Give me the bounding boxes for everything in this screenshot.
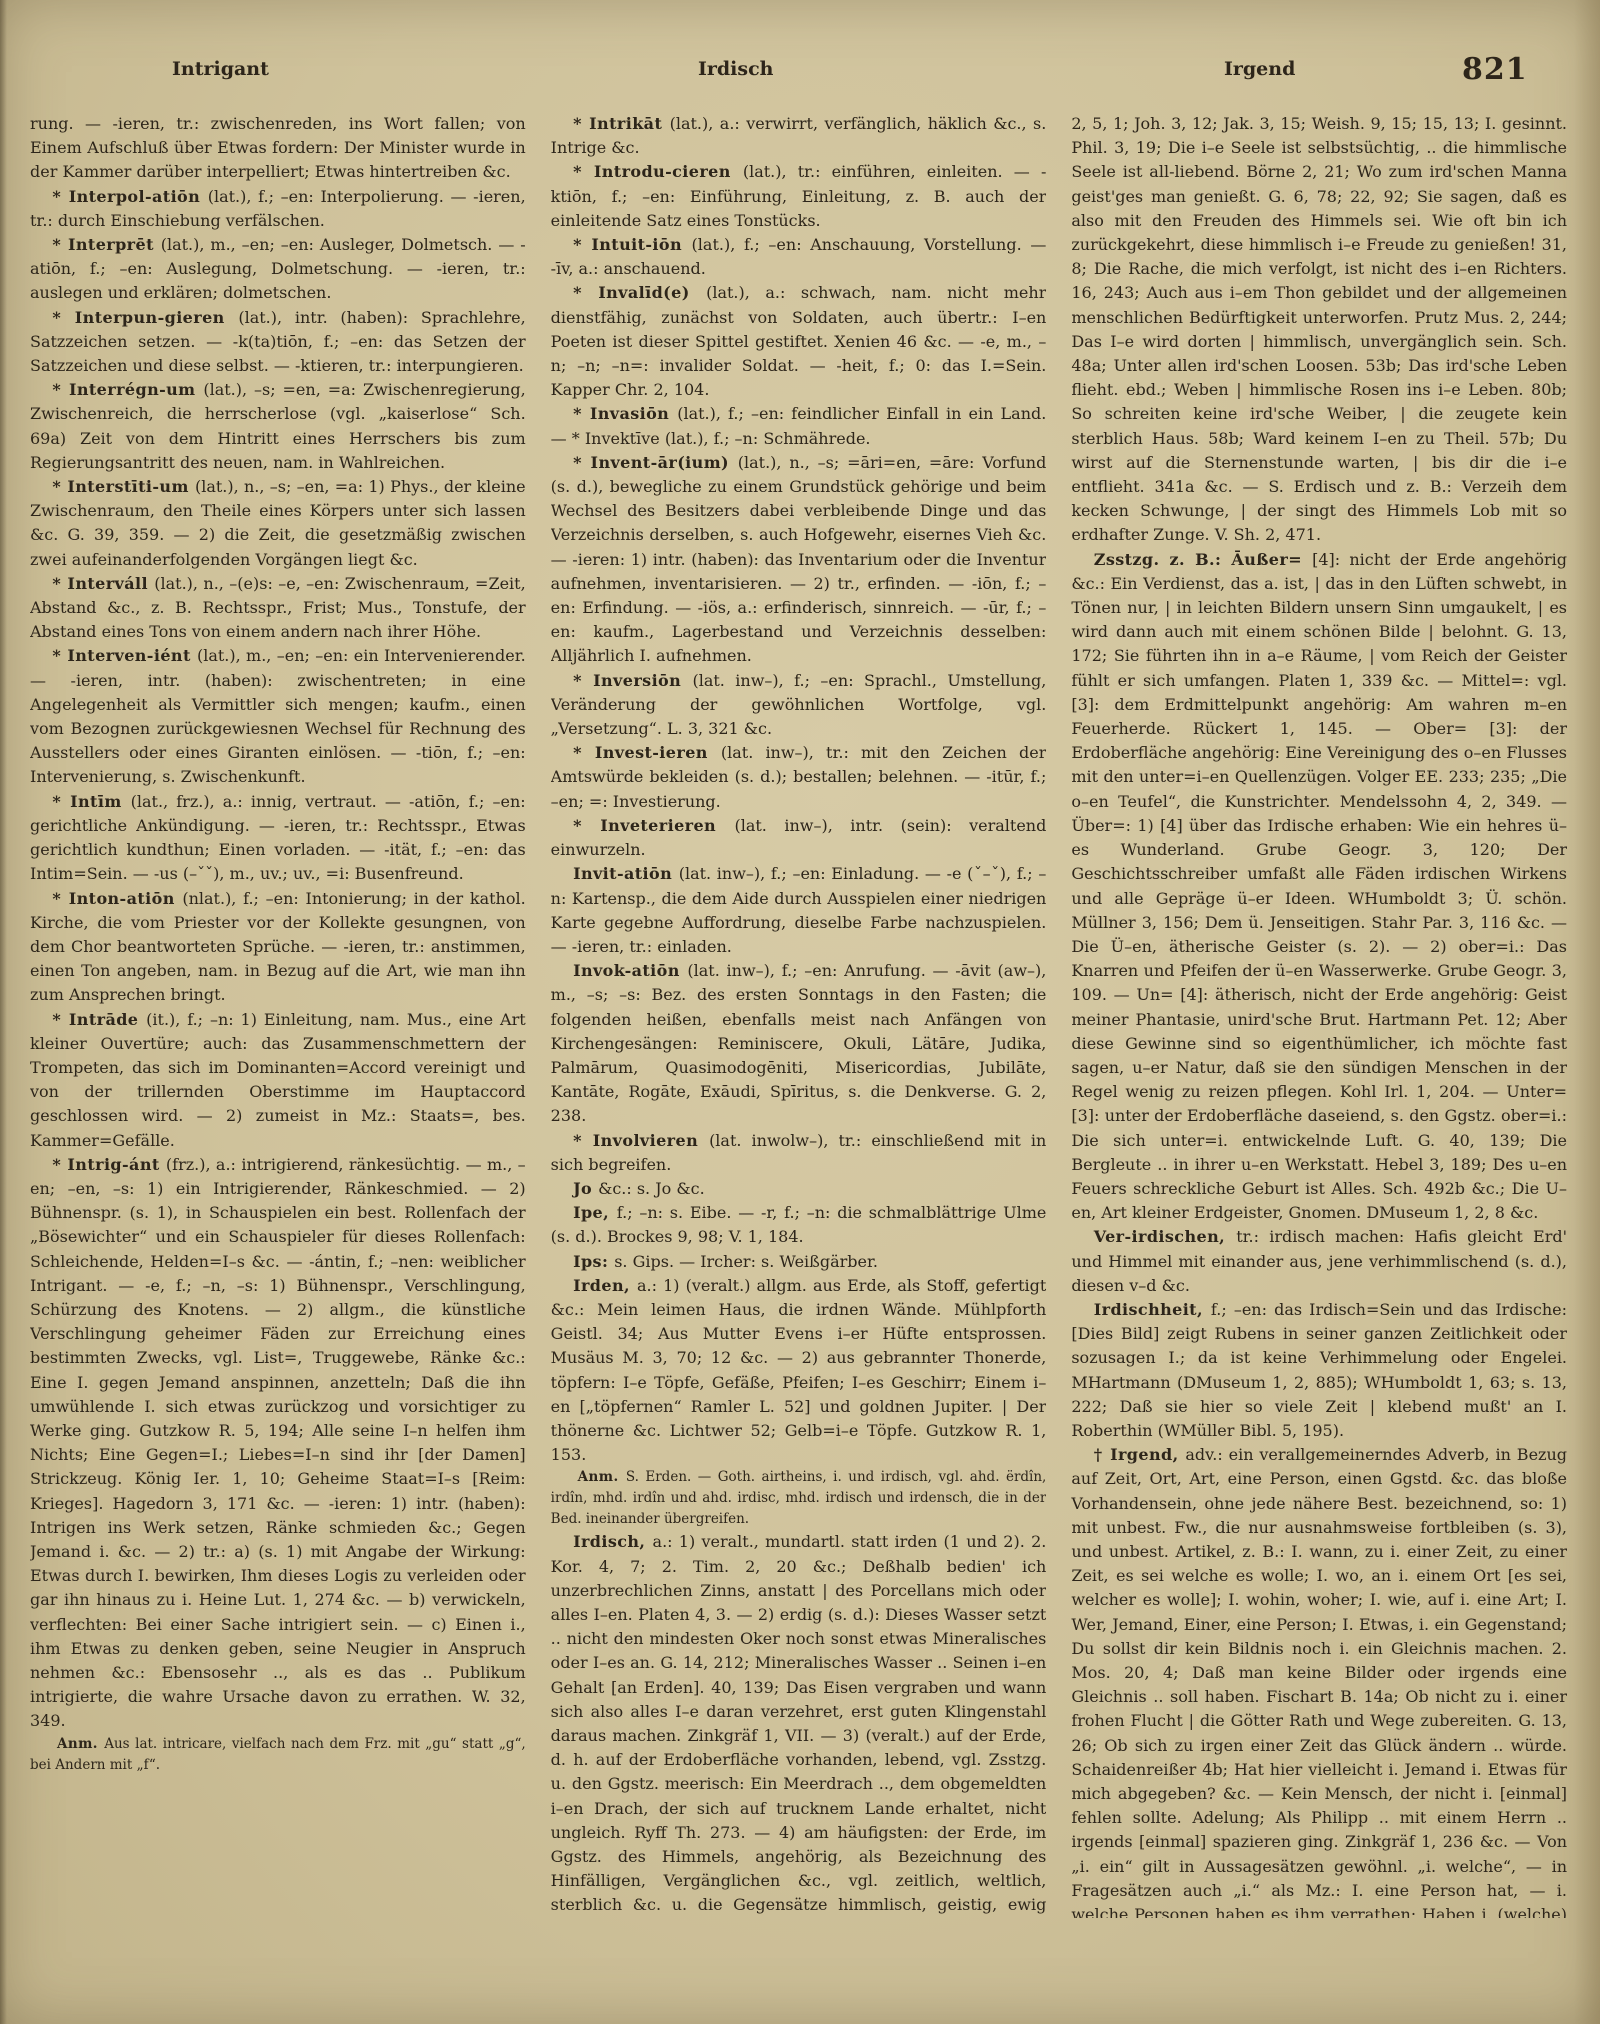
headword: Zsstzg. z. B.: Āußer= [1094, 550, 1312, 569]
headword: Ips: [573, 1252, 614, 1271]
annotation-paragraph: Anm. Aus lat. intricare, vielfach nach d… [30, 1734, 526, 1776]
text-block: rung. — -ieren, tr.: zwischenreden, ins … [30, 112, 1567, 1918]
headword: * Inton-atiōn [52, 889, 182, 908]
headword: * Interstīti-um [52, 477, 195, 496]
entry-paragraph: * Interpol-atiōn (lat.), f.; –en: Interp… [30, 185, 526, 233]
headword: * Invent-ār(ium) [573, 453, 738, 472]
entry-paragraph: * Interpun-gieren (lat.), intr. (haben):… [30, 306, 526, 379]
running-head-right: Irgend [1224, 58, 1295, 80]
entry-paragraph: Zsstzg. z. B.: Āußer= [4]: nicht der Erd… [1071, 548, 1567, 1226]
entry-paragraph: Ipe, f.; –n: s. Eibe. — -r, f.; –n: die … [551, 1201, 1047, 1249]
entry-paragraph: 2, 5, 1; Joh. 3, 12; Jak. 3, 15; Weish. … [1071, 112, 1567, 548]
headword: * Interpun-gieren [52, 308, 238, 327]
column-3: 2, 5, 1; Joh. 3, 12; Jak. 3, 15; Weish. … [1071, 112, 1567, 1918]
entry-paragraph: Ver-irdischen, tr.: irdisch machen: Hafi… [1071, 1225, 1567, 1298]
headword: Invit-atiōn [573, 864, 679, 883]
entry-paragraph: * Invent-ār(ium) (lat.), n., –s; =āri=en… [551, 451, 1047, 669]
headword: * Involvieren [573, 1131, 709, 1150]
running-head-center: Irdisch [698, 58, 773, 80]
entry-paragraph: * Introdu-cieren (lat.), tr.: einführen,… [551, 160, 1047, 233]
headword: Anm. [57, 1736, 104, 1752]
column-1: rung. — -ieren, tr.: zwischenreden, ins … [30, 112, 526, 1918]
headword: Invok-atiōn [573, 961, 687, 980]
entry-paragraph: * Intīm (lat., frz.), a.: innig, vertrau… [30, 790, 526, 887]
dictionary-page: Intrigant Irdisch Irgend 821 rung. — -ie… [0, 0, 1600, 2024]
running-head-left: Intrigant [172, 58, 269, 80]
headword: * Interpol-atiōn [52, 187, 207, 206]
headword: * Interprēt [52, 235, 160, 254]
annotation-paragraph: Anm. S. Erden. — Goth. airtheins, i. und… [551, 1467, 1047, 1530]
entry-paragraph: * Intrig-ánt (frz.), a.: intrigierend, r… [30, 1153, 526, 1734]
headword: * Inveterieren [573, 816, 734, 835]
entry-paragraph: Irdischheit, f.; –en: das Irdisch=Sein u… [1071, 1298, 1567, 1443]
entry-paragraph: * Inveterieren (lat. inw–), intr. (sein)… [551, 814, 1047, 862]
headword: * Invalīd(e) [573, 283, 706, 302]
headword: * Inversiōn [573, 671, 692, 690]
entry-paragraph: * Interven-iént (lat.), m., –en; –en: ei… [30, 644, 526, 789]
entry-paragraph: rung. — -ieren, tr.: zwischenreden, ins … [30, 112, 526, 185]
entry-paragraph: Invit-atiōn (lat. inw–), f.; –en: Einlad… [551, 862, 1047, 959]
entry-paragraph: * Intrāde (it.), f.; –n: 1) Einleitung, … [30, 1008, 526, 1153]
headword: Irden, [573, 1276, 637, 1295]
page-number: 821 [1462, 52, 1528, 87]
headword: * Intrāde [52, 1010, 146, 1029]
column-2: * Intrikāt (lat.), a.: verwirrt, verfäng… [551, 112, 1047, 1918]
headword: * Intuit-iōn [573, 235, 691, 254]
headword: * Intrikāt [573, 114, 670, 133]
headword: * Invasiōn [573, 404, 677, 423]
entry-paragraph: Irden, a.: 1) (veralt.) allgm. aus Erde,… [551, 1274, 1047, 1468]
headword: * Invest-ieren [573, 743, 721, 762]
entry-paragraph: * Interstīti-um (lat.), n., –s; –en, =a:… [30, 475, 526, 572]
entry-paragraph: * Inversiōn (lat. inw–), f.; –en: Sprach… [551, 669, 1047, 742]
entry-paragraph: * Invalīd(e) (lat.), a.: schwach, nam. n… [551, 281, 1047, 402]
entry-paragraph: * Interváll (lat.), n., –(e)s: –e, –en: … [30, 572, 526, 645]
entry-paragraph: * Intrikāt (lat.), a.: verwirrt, verfäng… [551, 112, 1047, 160]
entry-paragraph: * Interprēt (lat.), m., –en; –en: Ausleg… [30, 233, 526, 306]
headword: Jo [573, 1179, 598, 1198]
headword: * Intrig-ánt [52, 1155, 166, 1174]
headword: Irdisch, [573, 1532, 652, 1551]
headword: Ipe, [573, 1203, 617, 1222]
headword: Anm. [578, 1469, 626, 1485]
entry-paragraph: * Involvieren (lat. inwolw–), tr.: einsc… [551, 1129, 1047, 1177]
entry-paragraph: * Invasiōn (lat.), f.; –en: feindlicher … [551, 402, 1047, 450]
headword: * Introdu-cieren [573, 162, 743, 181]
entry-paragraph: * Intuit-iōn (lat.), f.; –en: Anschauung… [551, 233, 1047, 281]
entry-paragraph: Irdisch, a.: 1) veralt., mundartl. statt… [551, 1530, 1047, 1918]
entry-paragraph: Jo &c.: s. Jo &c. [551, 1177, 1047, 1201]
headword: * Interven-iént [52, 646, 197, 665]
entry-paragraph: Invok-atiōn (lat. inw–), f.; –en: Anrufu… [551, 959, 1047, 1128]
headword: Irdischheit, [1094, 1300, 1211, 1319]
entry-paragraph: * Invest-ieren (lat. inw–), tr.: mit den… [551, 741, 1047, 814]
page-header: Intrigant Irdisch Irgend 821 [0, 58, 1600, 98]
headword: † Irgend, [1094, 1445, 1186, 1464]
headword: Ver-irdischen, [1094, 1227, 1236, 1246]
headword: * Interváll [52, 574, 154, 593]
entry-paragraph: * Interrégn-um (lat.), –s; =en, =a: Zwis… [30, 378, 526, 475]
headword: * Intīm [52, 792, 130, 811]
entry-paragraph: Ips: s. Gips. — Ircher: s. Weißgärber. [551, 1250, 1047, 1274]
headword: * Interrégn-um [52, 380, 203, 399]
entry-paragraph: † Irgend, adv.: ein verallgemeinerndes A… [1071, 1443, 1567, 1918]
entry-paragraph: * Inton-atiōn (nlat.), f.; –en: Intonier… [30, 887, 526, 1008]
